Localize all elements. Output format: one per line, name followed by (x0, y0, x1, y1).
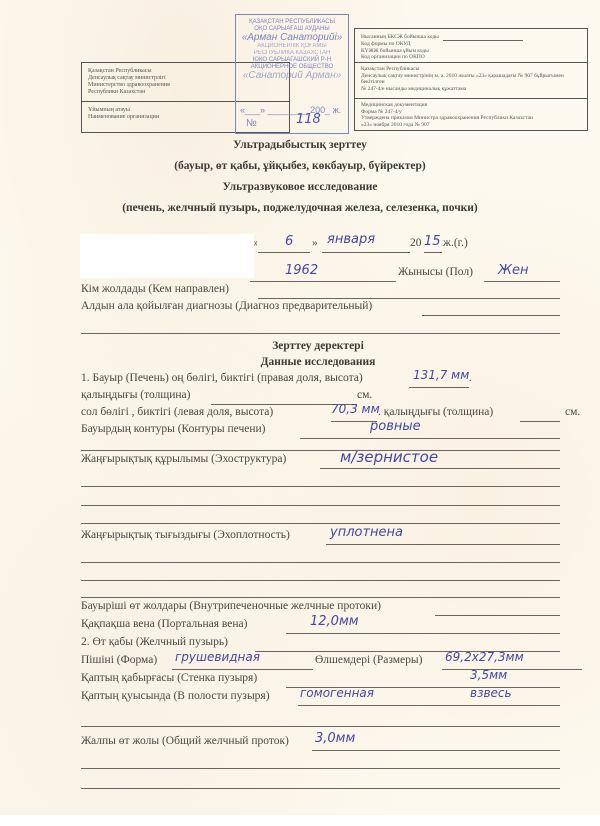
stamp-line: «Санаторий Арман» (236, 71, 348, 81)
bile-ducts-label: Бауыріші өт жолдары (Внутрипеченочные же… (81, 600, 381, 612)
echostructure-value[interactable]: м/зернистое (340, 448, 438, 466)
blank-line (81, 333, 560, 334)
date-year-value[interactable]: 15 (424, 234, 441, 249)
liver-right-value[interactable]: 131,7 мм (413, 368, 469, 382)
wall-value[interactable]: 3,5мм (470, 668, 507, 682)
common-duct-value[interactable]: 3,0мм (315, 731, 355, 746)
liver-left-label: сол бөлігі , биктігі (левая доля, высота… (81, 406, 273, 418)
sex-line (484, 281, 560, 282)
form-codes-box: Нысанның БКСЖ бойынша коды Код формы по … (354, 28, 588, 131)
approval-line: Қазақстан Республикасы (361, 66, 581, 73)
date-month-line (322, 252, 410, 253)
sex-label: Жынысы (Пол) (398, 266, 473, 278)
date-day-line (258, 252, 310, 253)
date-quote: » (312, 237, 318, 249)
study-heading-ru: Данные исследования (18, 356, 600, 368)
stamp-number-value: 118 (296, 116, 321, 123)
liver-left-thickness-line[interactable] (520, 421, 560, 422)
stamp-line: ҚАЗАҚСТАН РЕСПУБЛИКАСЫ (236, 19, 348, 26)
blank-line (81, 505, 560, 506)
referred-line[interactable] (258, 298, 560, 299)
diagnosis-label: Алдын ала қойылған диагнозы (Диагноз пре… (81, 300, 372, 312)
stamp-line: РЕСПУБЛИКА КАЗАХСТАН (236, 50, 348, 57)
stamp-line: ЮКО САРЫАГАШСКИЙ Р-Н (236, 57, 348, 64)
liver-right-label: 1. Бауыр (Печень) оң бөлігі, биктігі (пр… (81, 372, 363, 384)
code-label: Нысанның БКСЖ бойынша коды (361, 34, 439, 41)
blank-line (81, 523, 560, 524)
contour-label: Бауырдың контуры (Контуры печени) (81, 423, 266, 435)
liver-left-value[interactable]: 70,3 мм (331, 402, 380, 416)
shape-label: Пішіні (Форма) (81, 654, 157, 666)
sex-value[interactable]: Жен (498, 263, 529, 278)
liver-thickness-label: қалыңдығы (толщина) (81, 389, 190, 401)
subtitle-ru: (печень, желчный пузырь, поджелудочная ж… (0, 202, 600, 214)
echodensity-line (326, 544, 560, 545)
study-heading-kz: Зерттеу деректері (18, 340, 600, 352)
approval-line: № 247-4/е нысанды медициналық құжаттама (361, 86, 581, 93)
echodensity-label: Жаңғырықтық тығыздығы (Эхоплотность) (81, 529, 290, 541)
liver-right-line (409, 387, 469, 388)
code-label: Код формы по ОКУД (361, 41, 581, 48)
bile-ducts-line[interactable] (435, 615, 560, 616)
organization-stamp: ҚАЗАҚСТАН РЕСПУБЛИКАСЫ ОҚО САРЫАҒАШ АУДА… (235, 14, 349, 134)
portal-vein-value[interactable]: 12,0мм (310, 614, 359, 629)
common-duct-line (312, 750, 560, 751)
referred-label: Кім жолдады (Кем направлен) (81, 283, 229, 295)
blank-line (81, 788, 560, 789)
code-label: КҮЖЖ бойынша ұйым коды (361, 48, 581, 55)
approval-line: Медицинская документация (361, 102, 581, 109)
shape-line (172, 669, 313, 670)
size-value[interactable]: 69,2х27,3мм (445, 650, 524, 664)
date-unit: ж.(г.) (443, 237, 468, 249)
gallbladder-label: 2. Өт қабы (Желчный пузырь) (81, 636, 228, 648)
echodensity-value[interactable]: уплотнена (330, 525, 403, 540)
liver-left-thickness-label: . қалыңдығы (толщина) (378, 406, 493, 418)
size-line (442, 669, 582, 670)
page-edge (0, 815, 600, 826)
birth-date-value[interactable]: 1962 (285, 263, 318, 278)
approval-line: «23» ноября 2010 года № 907 (361, 122, 581, 129)
blank-line (81, 768, 560, 769)
blank-line (81, 597, 560, 598)
stamp-line: АКЦИОНЕРЛІК ҚОҒАМЫ (236, 43, 348, 50)
unit-label: см. (357, 389, 372, 401)
cavity-value[interactable]: гомогенная (300, 686, 374, 700)
contour-value[interactable]: ровные (370, 419, 421, 434)
size-label: Өлшемдері (Размеры) (315, 654, 422, 666)
cavity-label: Қаптың қуысында (В полости пузыря) (81, 690, 270, 702)
wall-label: Қаптың қабырғасы (Стенка пузыря) (81, 672, 257, 684)
date-month-value[interactable]: января (327, 232, 375, 247)
subtitle-kz: (бауыр, өт қабы, ұйқыбез, көкбауыр, бүйр… (0, 160, 600, 172)
unit-label: . (469, 372, 472, 384)
date-day-value[interactable]: 6 (285, 234, 293, 249)
title-kz: Ультрадыбыстық зерттеу (0, 139, 600, 151)
approval-line: Денсаулық сақтау министрінің м. а. 2010 … (361, 73, 581, 86)
portal-vein-label: Қақпақша вена (Портальная вена) (81, 618, 247, 630)
echostructure-label: Жаңғырықтық құрылымы (Эхоструктура) (81, 453, 286, 465)
common-duct-label: Жалпы өт жолы (Общий желчный проток) (81, 735, 289, 747)
cavity-line (298, 705, 560, 706)
redacted-name-area (80, 234, 254, 278)
stamp-number-label: № (246, 120, 257, 127)
code-field[interactable] (443, 34, 523, 41)
birth-date-line (250, 281, 396, 282)
portal-vein-line (286, 633, 560, 634)
stamp-date: «___» ________ 200_ ж. (236, 107, 352, 114)
blank-line (81, 450, 560, 451)
blank-line (81, 486, 560, 487)
stamp-line: «Арман Санаторийі» (236, 33, 348, 43)
date-year-prefix: 20 (410, 237, 422, 249)
date-year-line (424, 252, 442, 253)
diagnosis-line[interactable] (422, 315, 560, 316)
title-ru: Ультразвуковое исследование (0, 181, 600, 193)
echostructure-line (320, 468, 560, 469)
blank-line (81, 580, 560, 581)
blank-line (81, 726, 560, 727)
contour-line (300, 438, 560, 439)
approval-line: Утверждена приказом Министра здравоохран… (361, 115, 581, 122)
blank-line (81, 562, 560, 563)
code-label: Код организации по ОКПО (361, 54, 581, 61)
shape-value[interactable]: грушевидная (175, 650, 260, 664)
cavity-value-2[interactable]: взвесь (470, 686, 512, 700)
unit-label: см. (565, 406, 580, 418)
